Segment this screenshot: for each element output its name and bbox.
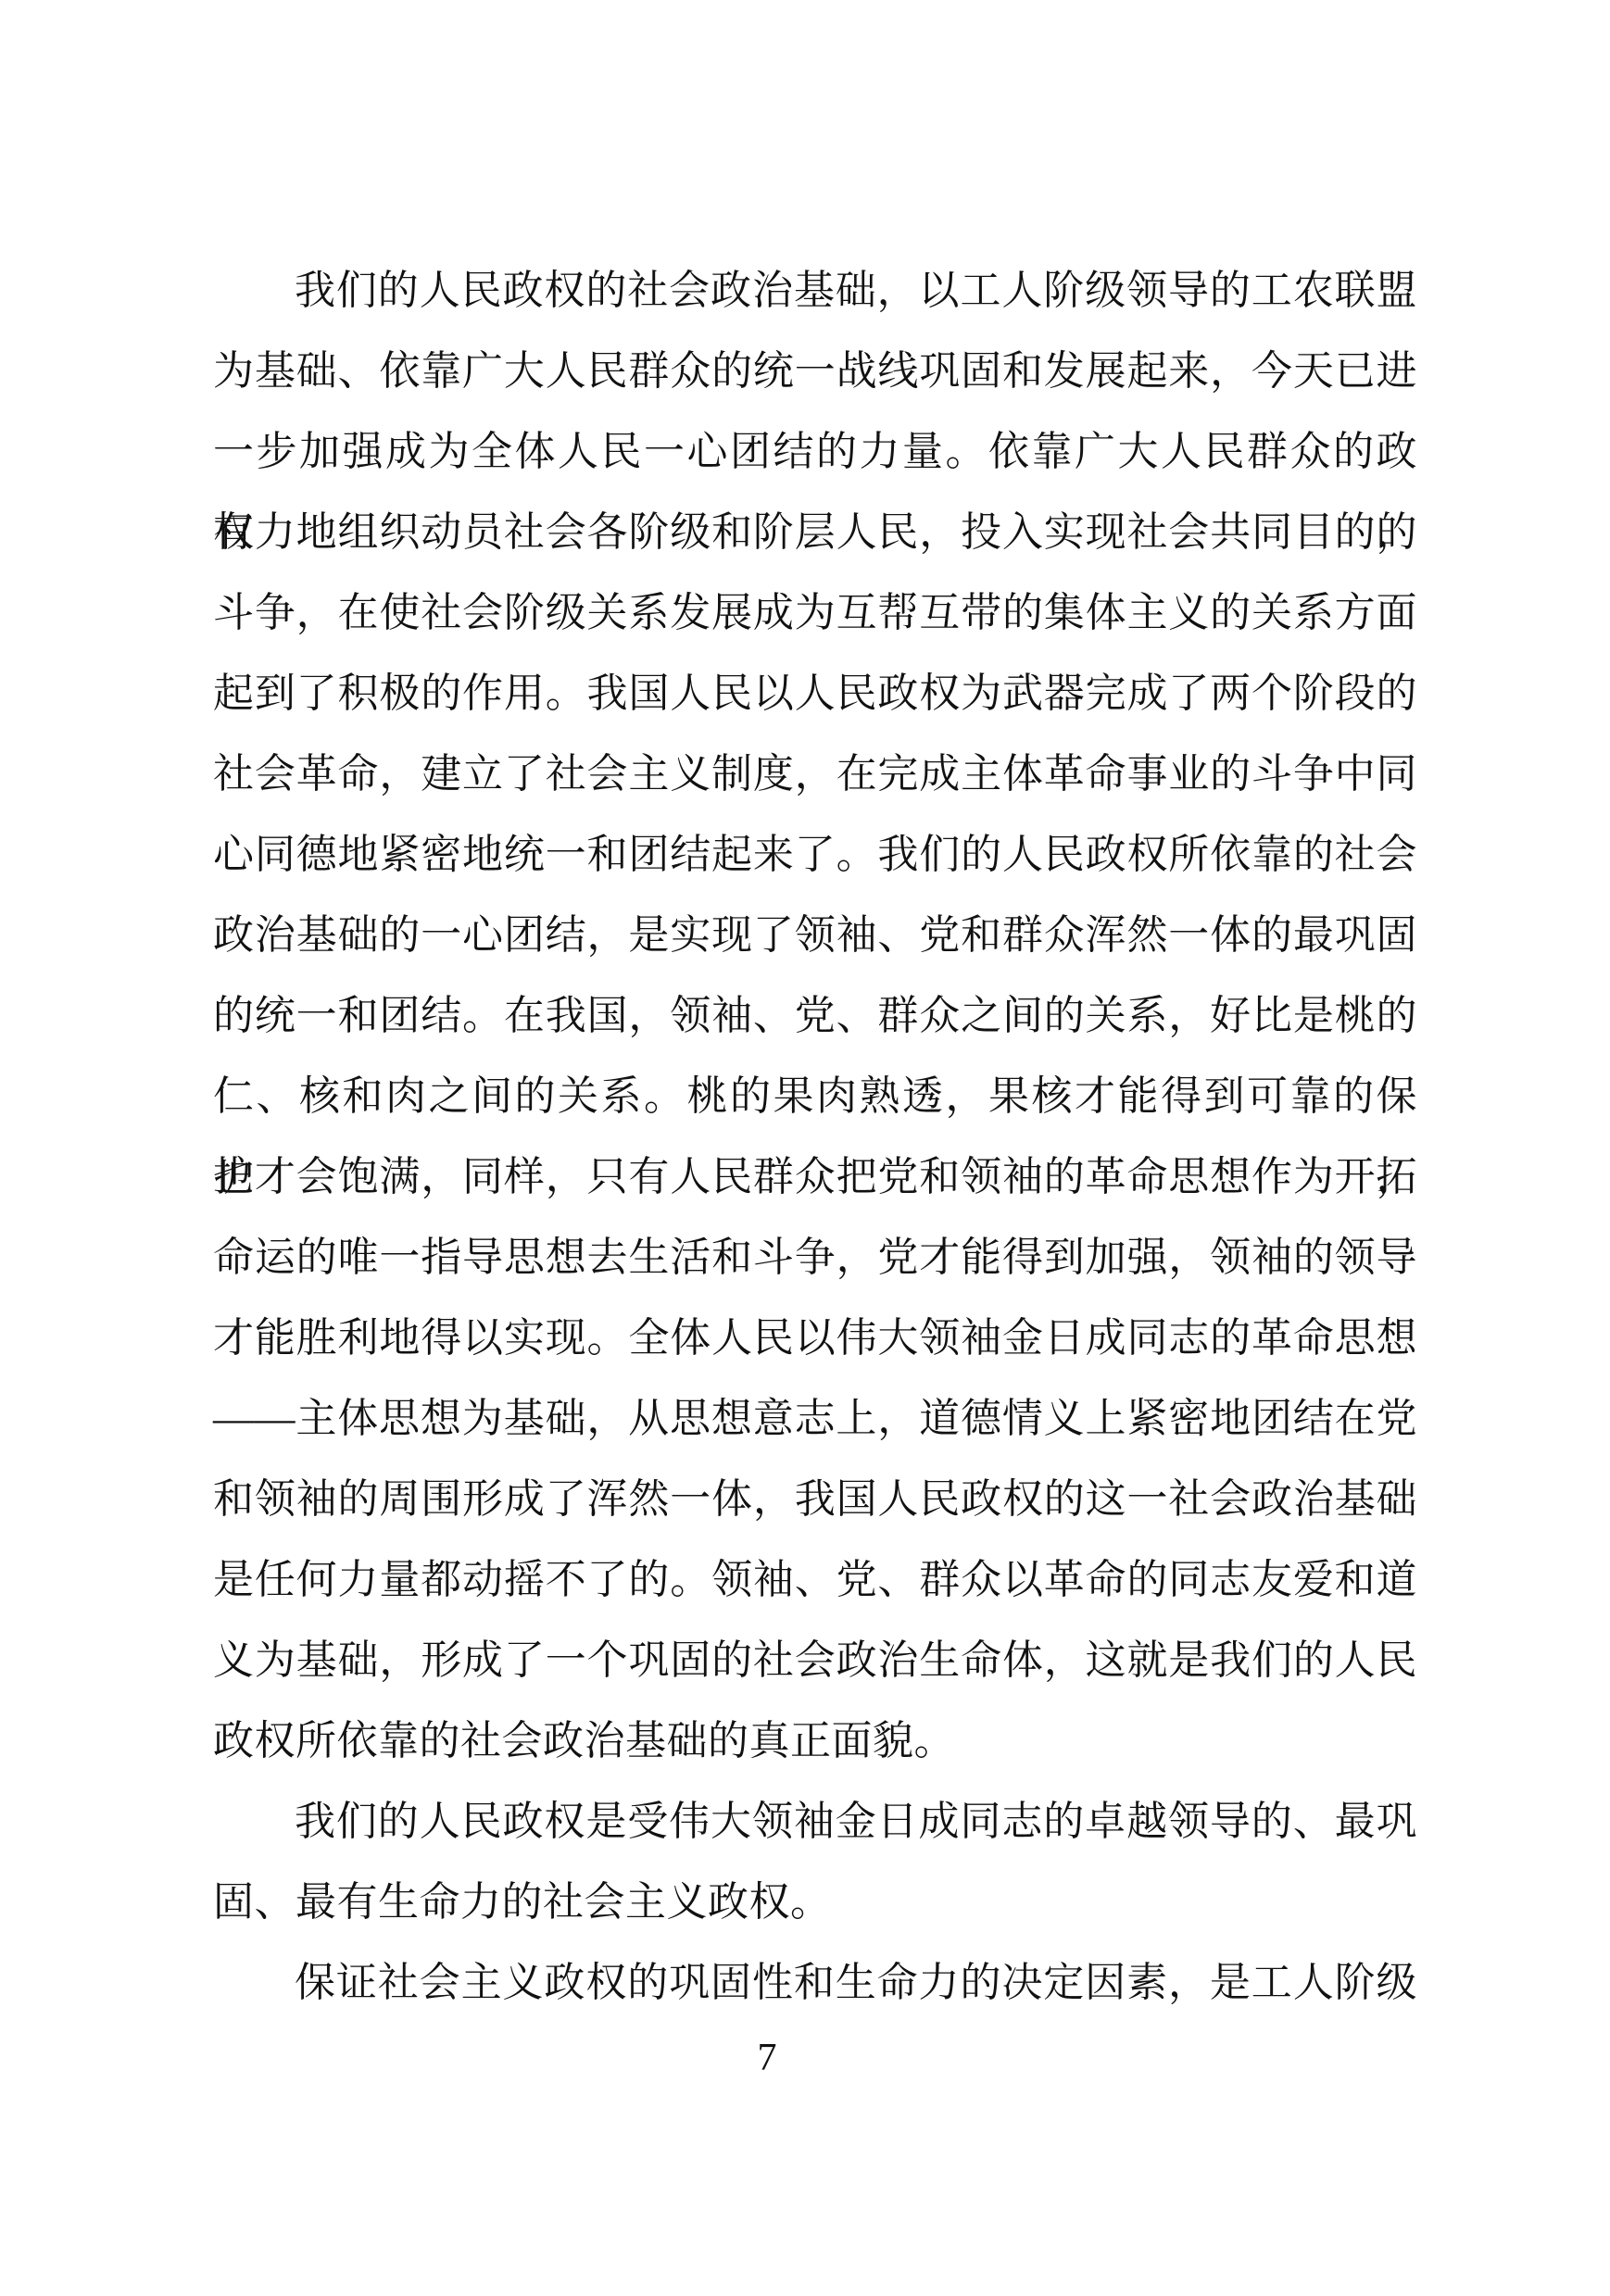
text-line: 也才会饱满，同样，只有人民群众把党和领袖的革命思想作为开拓 xyxy=(213,1136,1417,1217)
page-number: 7 xyxy=(0,2034,1534,2082)
text-line: 我们的人民政权是受伟大领袖金日成同志的卓越领导的、最巩 xyxy=(295,1781,1417,1862)
text-line: 和领袖的周围形成了浑然一体，我国人民政权的这一社会政治基础 xyxy=(213,1459,1417,1539)
text-line: 仁、核和肉之间的关系。桃的果肉熟透，果核才能得到可靠的保护， xyxy=(213,1056,1417,1136)
document-page: 我们的人民政权的社会政治基础，以工人阶级领导的工农联盟为基础、依靠广大人民群众的… xyxy=(0,0,1610,2296)
text-line: 心同德地紧密地统一和团结起来了。我们的人民政权所依靠的社会 xyxy=(213,814,1417,895)
text-line: ——主体思想为基础，从思想意志上，道德情义上紧密地团结在党 xyxy=(213,1378,1417,1459)
text-line: 保证社会主义政权的巩固性和生命力的决定因素，是工人阶级 xyxy=(295,1942,1417,2023)
text-line: 政权所依靠的社会政治基础的真正面貌。 xyxy=(213,1700,1417,1781)
text-line: 命运的唯一指导思想去生活和斗争，党才能得到加强，领袖的领导 xyxy=(213,1217,1417,1298)
text-line: 一步加强成为全体人民一心团结的力量。依靠广大人民群众的政权， xyxy=(213,411,1417,492)
body-text: 我们的人民政权的社会政治基础，以工人阶级领导的工农联盟为基础、依靠广大人民群众的… xyxy=(213,250,1417,2023)
text-line: 固、最有生命力的社会主义政权。 xyxy=(213,1862,1417,1942)
text-line: 斗争，在使社会阶级关系发展成为互帮互带的集体主义的关系方面 xyxy=(213,572,1417,653)
text-line: 的统一和团结。在我国，领袖、党、群众之间的关系，好比是桃的 xyxy=(213,975,1417,1056)
text-line: 我们的人民政权的社会政治基础，以工人阶级领导的工农联盟 xyxy=(295,250,1417,331)
text-line: 是任何力量都动摇不了的。领袖、党、群众以革命的同志友爱和道 xyxy=(213,1539,1417,1620)
text-line: 社会革命，建立了社会主义制度，在完成主体革命事业的斗争中同 xyxy=(213,734,1417,814)
text-line: 起到了积极的作用。我国人民以人民政权为武器完成了两个阶段的 xyxy=(213,653,1417,734)
text-line: 才能胜利地得以实现。全体人民以伟大领袖金日成同志的革命思想 xyxy=(213,1298,1417,1378)
text-line: 政治基础的一心团结，是实现了领袖、党和群众浑然一体的最巩固 xyxy=(213,895,1417,975)
text-line: 义为基础，形成了一个巩固的社会政治生命体，这就是我们的人民 xyxy=(213,1620,1417,1700)
text-line: 为基础、依靠广大人民群众的统一战线巩固和发展起来，今天已进 xyxy=(213,331,1417,411)
text-line: 有力地组织动员社会各阶级和阶层人民，投入实现社会共同目的的 xyxy=(213,492,1417,572)
